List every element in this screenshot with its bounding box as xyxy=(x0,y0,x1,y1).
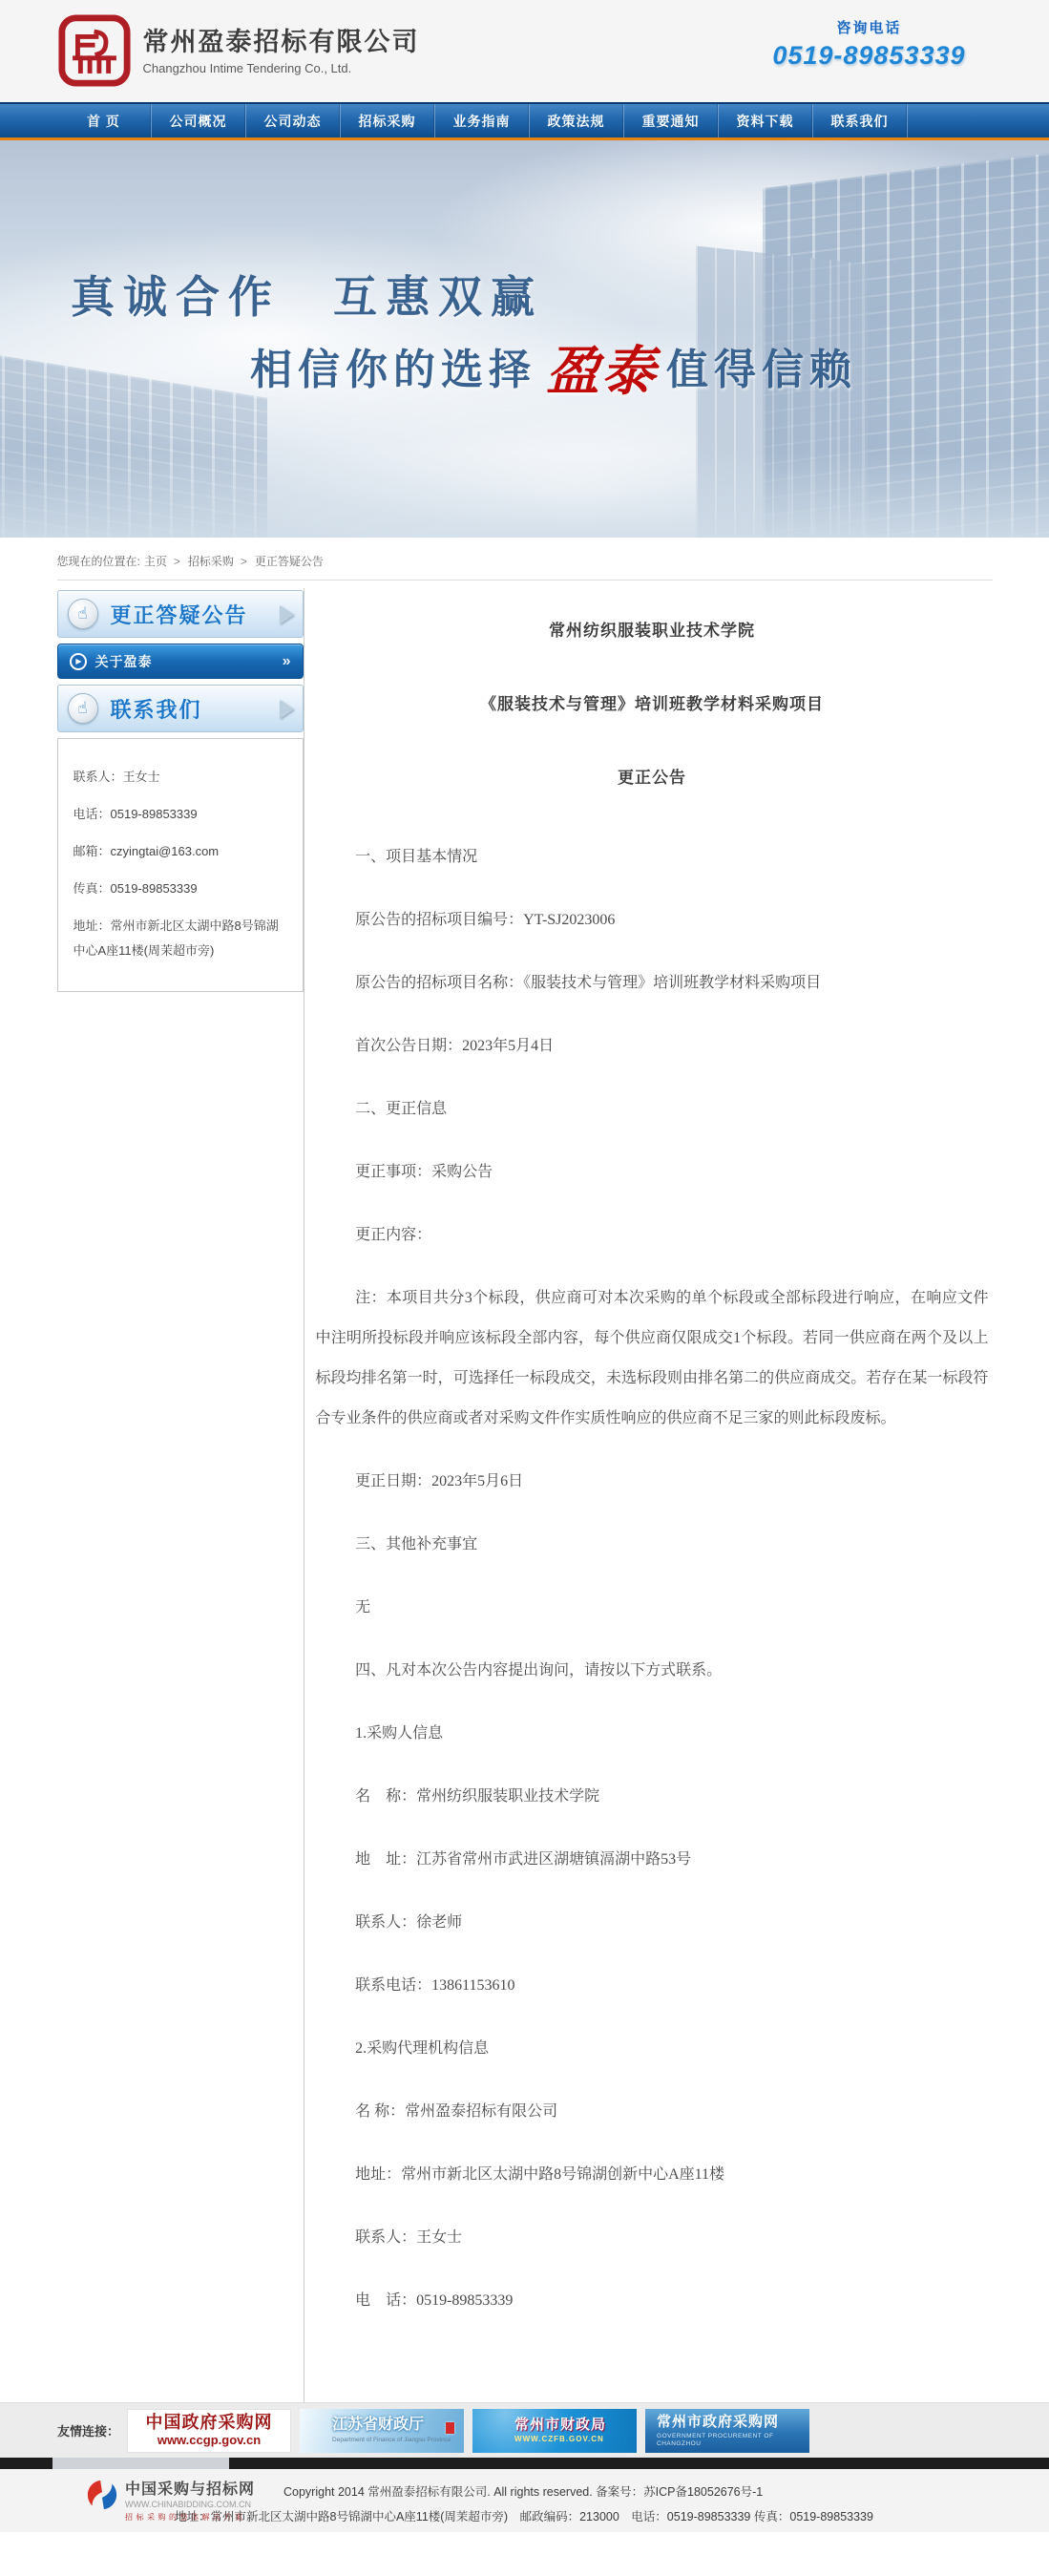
article-paragraph: 更正内容： xyxy=(316,1215,989,1256)
nav-item[interactable]: 公司概况 xyxy=(152,104,246,137)
article-paragraph: 地址：常州市新北区太湖中路8号锦湖创新中心A座11楼 xyxy=(316,2155,989,2195)
about-button-label: 关于盈泰 xyxy=(95,652,283,671)
friend-link-title: 江苏省财政厅 xyxy=(332,2417,424,2434)
breadcrumb-link[interactable]: 主页 xyxy=(144,555,167,568)
arrow-right-icon xyxy=(280,605,294,624)
article-paragraph: 首次公告日期：2023年5月4日 xyxy=(316,1026,989,1066)
sidebar-header-label: 更正答疑公告 xyxy=(111,600,248,629)
hand-pointer-icon: ☝ xyxy=(68,693,98,724)
banner-brand-calligraphy: 盈泰 xyxy=(546,340,657,403)
nav-item[interactable]: 联系我们 xyxy=(813,104,908,137)
article-title-line: 更正公告 xyxy=(316,764,989,788)
article-paragraph: 联系人：徐老师 xyxy=(316,1903,989,1943)
nav-item[interactable]: 政策法规 xyxy=(530,104,624,137)
article-paragraph: 联系人：王女士 xyxy=(316,2218,989,2258)
hand-pointer-icon: ☝ xyxy=(68,599,98,629)
contact-line: 邮箱：czyingtai@163.com xyxy=(73,839,289,864)
nav-item[interactable]: 资料下载 xyxy=(719,104,813,137)
breadcrumb-separator: > xyxy=(241,555,247,568)
friend-link-subtitle: WWW.CZFB.GOV.CN xyxy=(514,2435,604,2444)
article-paragraph: 原公告的招标项目名称：《服装技术与管理》培训班教学材料采购项目 xyxy=(316,963,989,1003)
chinabidding-title: 中国采购与招标网 xyxy=(125,2477,255,2499)
article-paragraph: 二、更正信息 xyxy=(316,1089,989,1130)
nav-item[interactable]: 业务指南 xyxy=(435,104,530,137)
article-paragraph: 四、凡对本次公告内容提出询问，请按以下方式联系。 xyxy=(316,1651,989,1691)
article-paragraph: 电 话：0519-89853339 xyxy=(316,2281,989,2321)
friend-link-banner[interactable]: 江苏省财政厅 Department of Finance of Jiangsu … xyxy=(300,2409,464,2453)
double-chevron-icon: » xyxy=(283,653,291,670)
article-paragraph: 地 址：江苏省常州市武进区湖塘镇滆湖中路53号 xyxy=(316,1840,989,1880)
footer-dark-bar-inset xyxy=(52,2458,229,2469)
friend-link-banner[interactable]: 中国政府采购网 www.ccgp.gov.cn xyxy=(127,2409,291,2453)
play-icon: ▶ xyxy=(70,653,87,670)
chinabidding-logo-icon xyxy=(86,2479,118,2511)
friend-link-subtitle: www.ccgp.gov.cn xyxy=(157,2433,261,2448)
friend-link-subtitle: Department of Finance of Jiangsu Provinc… xyxy=(332,2437,451,2444)
nav-item[interactable]: 招标采购 xyxy=(341,104,435,137)
hotline-number: 0519-89853339 xyxy=(772,41,965,71)
footer-address-text: 地址：常州市新北区太湖中路8号锦湖中心A座11楼(周茉超市旁) 邮政编码：213… xyxy=(175,2507,873,2524)
article-paragraph: 更正日期：2023年5月6日 xyxy=(316,1462,989,1502)
sidebar: ☝ 更正答疑公告 ▶ 关于盈泰 » ☝ 联系我们 联系人：王女士电话：0519-… xyxy=(57,588,304,2402)
friend-links-bar: 友情连接： 中国政府采购网 www.ccgp.gov.cn 江苏省财政厅 Dep… xyxy=(0,2402,1049,2458)
friend-link-banner[interactable]: 常州市政府采购网 GOVERNMENT PROCUREMENT OF CHANG… xyxy=(645,2409,809,2453)
article-paragraph: 更正事项：采购公告 xyxy=(316,1152,989,1193)
breadcrumb: 您现在的位置在:主页>招标采购>更正答疑公告 xyxy=(57,538,993,581)
main-nav: 首 页公司概况公司动态招标采购业务指南政策法规重要通知资料下载联系我们 xyxy=(0,102,1049,137)
company-name-zh: 常州盈泰招标有限公司 xyxy=(143,26,420,58)
nav-item[interactable]: 重要通知 xyxy=(624,104,719,137)
banner-slogan-line2: 相信你的选择盈泰值得信赖 xyxy=(250,329,857,406)
banner-fade xyxy=(0,452,1049,538)
sidebar-header-label: 联系我们 xyxy=(111,694,202,724)
copyright-text: Copyright 2014 常州盈泰招标有限公司. All rights re… xyxy=(283,2482,763,2500)
sidebar-item-about-yingtai[interactable]: ▶ 关于盈泰 » xyxy=(57,644,304,679)
site-footer: 中国采购与招标网 WWW.CHINABIDDING.COM.CN 招标采购的整体… xyxy=(0,2469,1049,2532)
nav-item[interactable]: 首 页 xyxy=(57,104,152,137)
friend-link-banner[interactable]: 常州市财政局 WWW.CZFB.GOV.CN xyxy=(472,2409,637,2453)
article-paragraph: 注：本项目共分3个标段，供应商可对本次采购的单个标段或全部标段进行响应，在响应文… xyxy=(316,1278,989,1439)
friend-link-title: 中国政府采购网 xyxy=(146,2413,273,2433)
contact-line: 地址：常州市新北区太湖中路8号锦湖中心A座11楼(周茉超市旁) xyxy=(73,914,289,963)
friend-link-subtitle: GOVERNMENT PROCUREMENT OF CHANGZHOU xyxy=(657,2433,809,2448)
friend-link-title: 常州市政府采购网 xyxy=(657,2414,779,2430)
article-paragraph: 无 xyxy=(316,1588,989,1628)
article-paragraph: 1.采购人信息 xyxy=(316,1714,989,1754)
article-paragraph: 联系电话：13861153610 xyxy=(316,1966,989,2006)
sidebar-header-contact-us[interactable]: ☝ 联系我们 xyxy=(57,685,304,732)
contact-line: 电话：0519-89853339 xyxy=(73,802,289,827)
friend-link-title: 常州市财政局 xyxy=(514,2417,606,2433)
article-paragraph: 2.采购代理机构信息 xyxy=(316,2029,989,2069)
announcement-article: 常州纺织服装职业技术学院《服装技术与管理》培训班教学材料采购项目更正公告 一、项… xyxy=(304,588,993,2402)
hotline-label: 咨询电话 xyxy=(772,17,965,37)
site-header: 常州盈泰招标有限公司 Changzhou Intime Tendering Co… xyxy=(0,0,1049,102)
breadcrumb-prefix: 您现在的位置在: xyxy=(57,555,140,568)
arrow-right-icon xyxy=(280,700,294,719)
breadcrumb-link[interactable]: 更正答疑公告 xyxy=(255,555,324,568)
contact-line: 联系人：王女士 xyxy=(73,765,289,790)
article-paragraph: 原公告的招标项目编号：YT-SJ2023006 xyxy=(316,900,989,940)
company-name-en: Changzhou Intime Tendering Co., Ltd. xyxy=(143,61,420,75)
article-title-line: 常州纺织服装职业技术学院 xyxy=(316,617,989,641)
banner-slogan-line1: 真诚合作 互惠双赢 xyxy=(71,263,543,326)
sidebar-contact-box: 联系人：王女士电话：0519-89853339邮箱：czyingtai@163.… xyxy=(57,738,304,992)
article-paragraph: 三、其他补充事宜 xyxy=(316,1525,989,1565)
sidebar-header-correction-notices[interactable]: ☝ 更正答疑公告 xyxy=(57,590,304,638)
hotline: 咨询电话 0519-89853339 xyxy=(772,17,965,71)
article-title-line: 《服装技术与管理》培训班教学材料采购项目 xyxy=(316,690,989,714)
article-paragraph: 一、项目基本情况 xyxy=(316,837,989,877)
company-seal-logo xyxy=(57,13,132,88)
contact-line: 传真：0519-89853339 xyxy=(73,876,289,901)
hero-banner: 真诚合作 互惠双赢 相信你的选择盈泰值得信赖 xyxy=(0,140,1049,538)
brand[interactable]: 常州盈泰招标有限公司 Changzhou Intime Tendering Co… xyxy=(57,13,420,88)
nav-item[interactable]: 公司动态 xyxy=(246,104,341,137)
friend-links-label: 友情连接： xyxy=(57,2421,119,2439)
article-paragraph: 名 称：常州纺织服装职业技术学院 xyxy=(316,1777,989,1817)
breadcrumb-separator: > xyxy=(174,555,180,568)
breadcrumb-link[interactable]: 招标采购 xyxy=(188,555,234,568)
article-paragraph: 名 称：常州盈泰招标有限公司 xyxy=(316,2092,989,2132)
footer-dark-bar xyxy=(0,2458,1049,2469)
